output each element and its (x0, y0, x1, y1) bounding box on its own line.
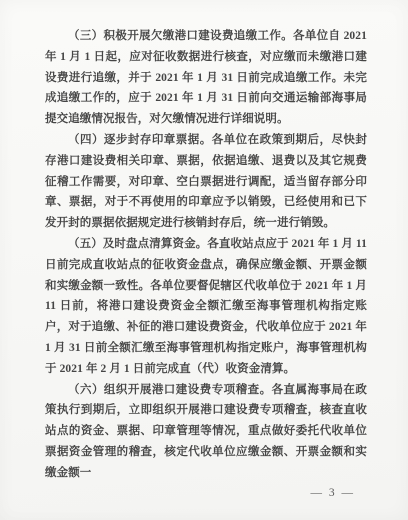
paragraph-item-3: （三）积极开展欠缴港口建设费追缴工作。各单位自 2021 年 1 月 1 日起，… (45, 26, 367, 130)
paragraph-item-5: （五）及时盘点清算资金。各直收站点应于 2021 年 1 月 11 日前完成直收… (45, 234, 367, 380)
page-number: — 3 — (311, 487, 356, 499)
paragraph-item-6: （六）组织开展港口建设费专项稽查。各直属海事局在政策执行到期后，立即组织开展港口… (45, 380, 367, 484)
scanned-document-page: （三）积极开展欠缴港口建设费追缴工作。各单位自 2021 年 1 月 1 日起，… (0, 0, 408, 520)
document-body-text: （三）积极开展欠缴港口建设费追缴工作。各单位自 2021 年 1 月 1 日起，… (45, 26, 367, 484)
paragraph-item-4: （四）逐步封存印章票据。各单位在政策到期后，尽快封存港口建设费相关印章、票据，依… (45, 130, 367, 234)
